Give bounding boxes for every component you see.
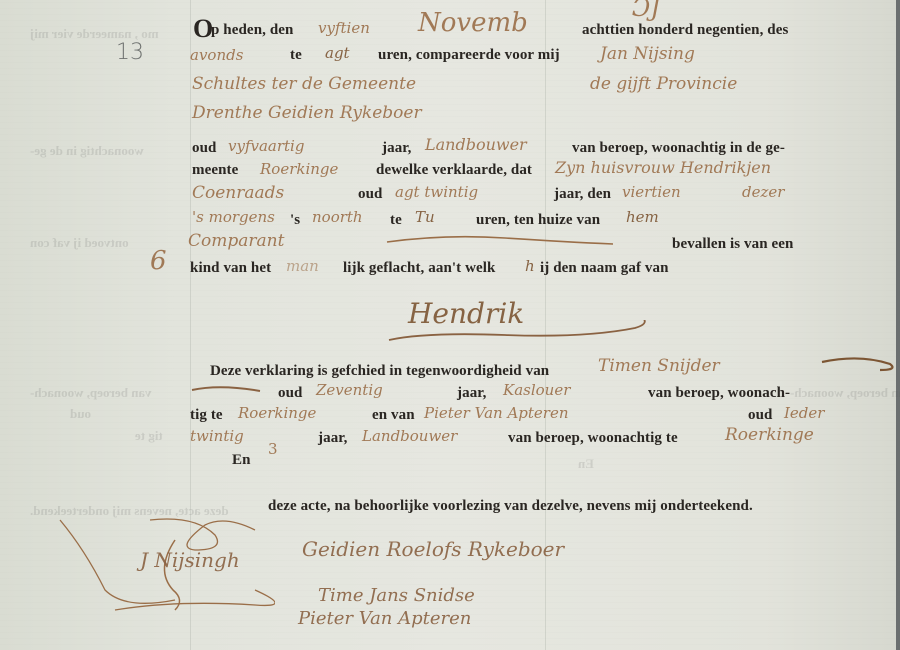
- handwritten-house-of: hem: [626, 208, 659, 226]
- printed-text: van beroep, woonachtig in de ge-: [572, 140, 785, 157]
- printed-text: jaar,: [318, 430, 348, 447]
- handwritten-time-of-day: avonds: [190, 46, 243, 64]
- handwritten-comparant: Comparant: [188, 231, 284, 251]
- handwritten-witness2-age-cont: twintig: [190, 427, 244, 445]
- handwritten-child-sex: man: [286, 257, 319, 275]
- bleed-through-text: woonachtig in de ge-: [30, 143, 144, 159]
- bleed-through-text: van beroep, woonach-: [30, 385, 151, 401]
- handwritten-birth-day-part: noorth: [312, 208, 363, 226]
- printed-text: van beroep, woonachtig te: [508, 430, 678, 447]
- handwritten-day: vyftien: [318, 19, 370, 37]
- printed-text: oud: [358, 186, 383, 203]
- name-underline-flourish: [385, 320, 655, 344]
- printed-closing-text: deze acte, na behoorlijke voorlezing van…: [268, 498, 753, 515]
- handwritten-declarant-age: vyfvaartig: [228, 137, 304, 155]
- printed-text: En: [232, 452, 251, 469]
- printed-text: uren, compareerde voor mij: [378, 47, 560, 64]
- printed-text: kind van het: [190, 260, 271, 277]
- flourish: [190, 382, 270, 396]
- printed-text: jaar,: [457, 385, 487, 402]
- handwritten-hour: agt: [325, 44, 350, 62]
- printed-text: oud: [192, 140, 217, 157]
- bleed-through-text: En: [578, 456, 594, 472]
- handwritten-wife-intro: Zyn huisvrouw Hendrikjen: [555, 158, 771, 177]
- signature-witness2: Pieter Van Apteren: [298, 608, 471, 629]
- signature-official: J Nijsingh: [140, 548, 240, 572]
- printed-text: uren, ten huize van: [476, 212, 600, 229]
- printed-text: en van: [372, 407, 415, 424]
- printed-text: te: [390, 212, 402, 229]
- printed-text: 's: [290, 212, 300, 229]
- handwritten-witness1-residence: Roerkinge: [238, 404, 316, 422]
- flourish: [820, 352, 900, 376]
- signature-witness1: Time Jans Snidse: [318, 585, 475, 606]
- handwritten-birth-day: viertien: [622, 183, 681, 201]
- handwritten-district: de gijft Provincie: [590, 74, 737, 94]
- printed-text: oud: [748, 407, 773, 424]
- handwritten-witness1-name: Timen Snijder: [598, 356, 720, 376]
- printed-text: achttien honderd negentien, des: [582, 22, 788, 39]
- handwritten-official-name: Jan Nijsing: [600, 44, 695, 64]
- printed-text: ij den naam gaf van: [540, 260, 669, 277]
- handwritten-municipality: Roerkinge: [260, 160, 338, 178]
- handwritten-witness1-occupation: Kaslouer: [503, 381, 570, 399]
- printed-text: tig te: [190, 407, 223, 424]
- printed-text: meente: [192, 162, 238, 179]
- printed-text: bevallen is van een: [672, 236, 794, 253]
- handwritten-note: 3: [268, 440, 278, 458]
- bleed-through-text: van beroep, woonach-: [790, 385, 900, 401]
- handwritten-witness2-name: Pieter Van Apteren: [424, 404, 569, 422]
- handwritten-witness1-age: Zeventig: [316, 381, 383, 399]
- handwritten-wife-age: agt twintig: [395, 183, 478, 201]
- handwritten-witness2-age: Ieder: [784, 404, 824, 422]
- handwritten-witness2-occupation: Landbouwer: [362, 427, 457, 445]
- printed-text: Deze verklaring is gefchied in tegenwoor…: [210, 363, 549, 380]
- bleed-through-text: ontvoed ij vaf con: [30, 235, 129, 251]
- filler-line: [385, 232, 615, 246]
- handwritten-province: Drenthe Geidien Rykeboer: [192, 103, 422, 123]
- printed-text: p heden, den: [211, 22, 293, 39]
- page-number-pencil: 13: [116, 40, 144, 65]
- signature-declarant: Geidien Roelofs Rykeboer: [302, 537, 564, 561]
- bleed-through-text: oud: [70, 406, 91, 422]
- handwritten-pronoun: h: [525, 257, 535, 275]
- handwritten-birth-hour: Tu: [415, 208, 435, 226]
- handwritten-occupation: Landbouwer: [425, 135, 527, 154]
- page-edge: [896, 0, 900, 650]
- handwritten-birth-time: 's morgens: [192, 208, 275, 226]
- top-scribble: ƆJ: [632, 0, 660, 22]
- printed-text: jaar, den: [554, 186, 611, 203]
- printed-text: dewelke verklaarde, dat: [376, 162, 532, 179]
- margin-number: 6: [150, 246, 167, 276]
- handwritten-witness2-residence: Roerkinge: [725, 425, 814, 445]
- printed-text: oud: [278, 385, 303, 402]
- handwritten-month: Novemb: [418, 8, 528, 38]
- printed-text: te: [290, 47, 302, 64]
- printed-text: van beroep, woonach-: [648, 385, 790, 402]
- handwritten-birth-month: dezer: [742, 183, 784, 201]
- handwritten-official-title: Schultes ter de Gemeente: [192, 74, 416, 94]
- printed-text: jaar,: [382, 140, 412, 157]
- handwritten-wife-name: Coenraads: [192, 183, 284, 203]
- bleed-through-text: tig te: [135, 428, 163, 444]
- printed-text: lijk geflacht, aan't welk: [343, 260, 496, 277]
